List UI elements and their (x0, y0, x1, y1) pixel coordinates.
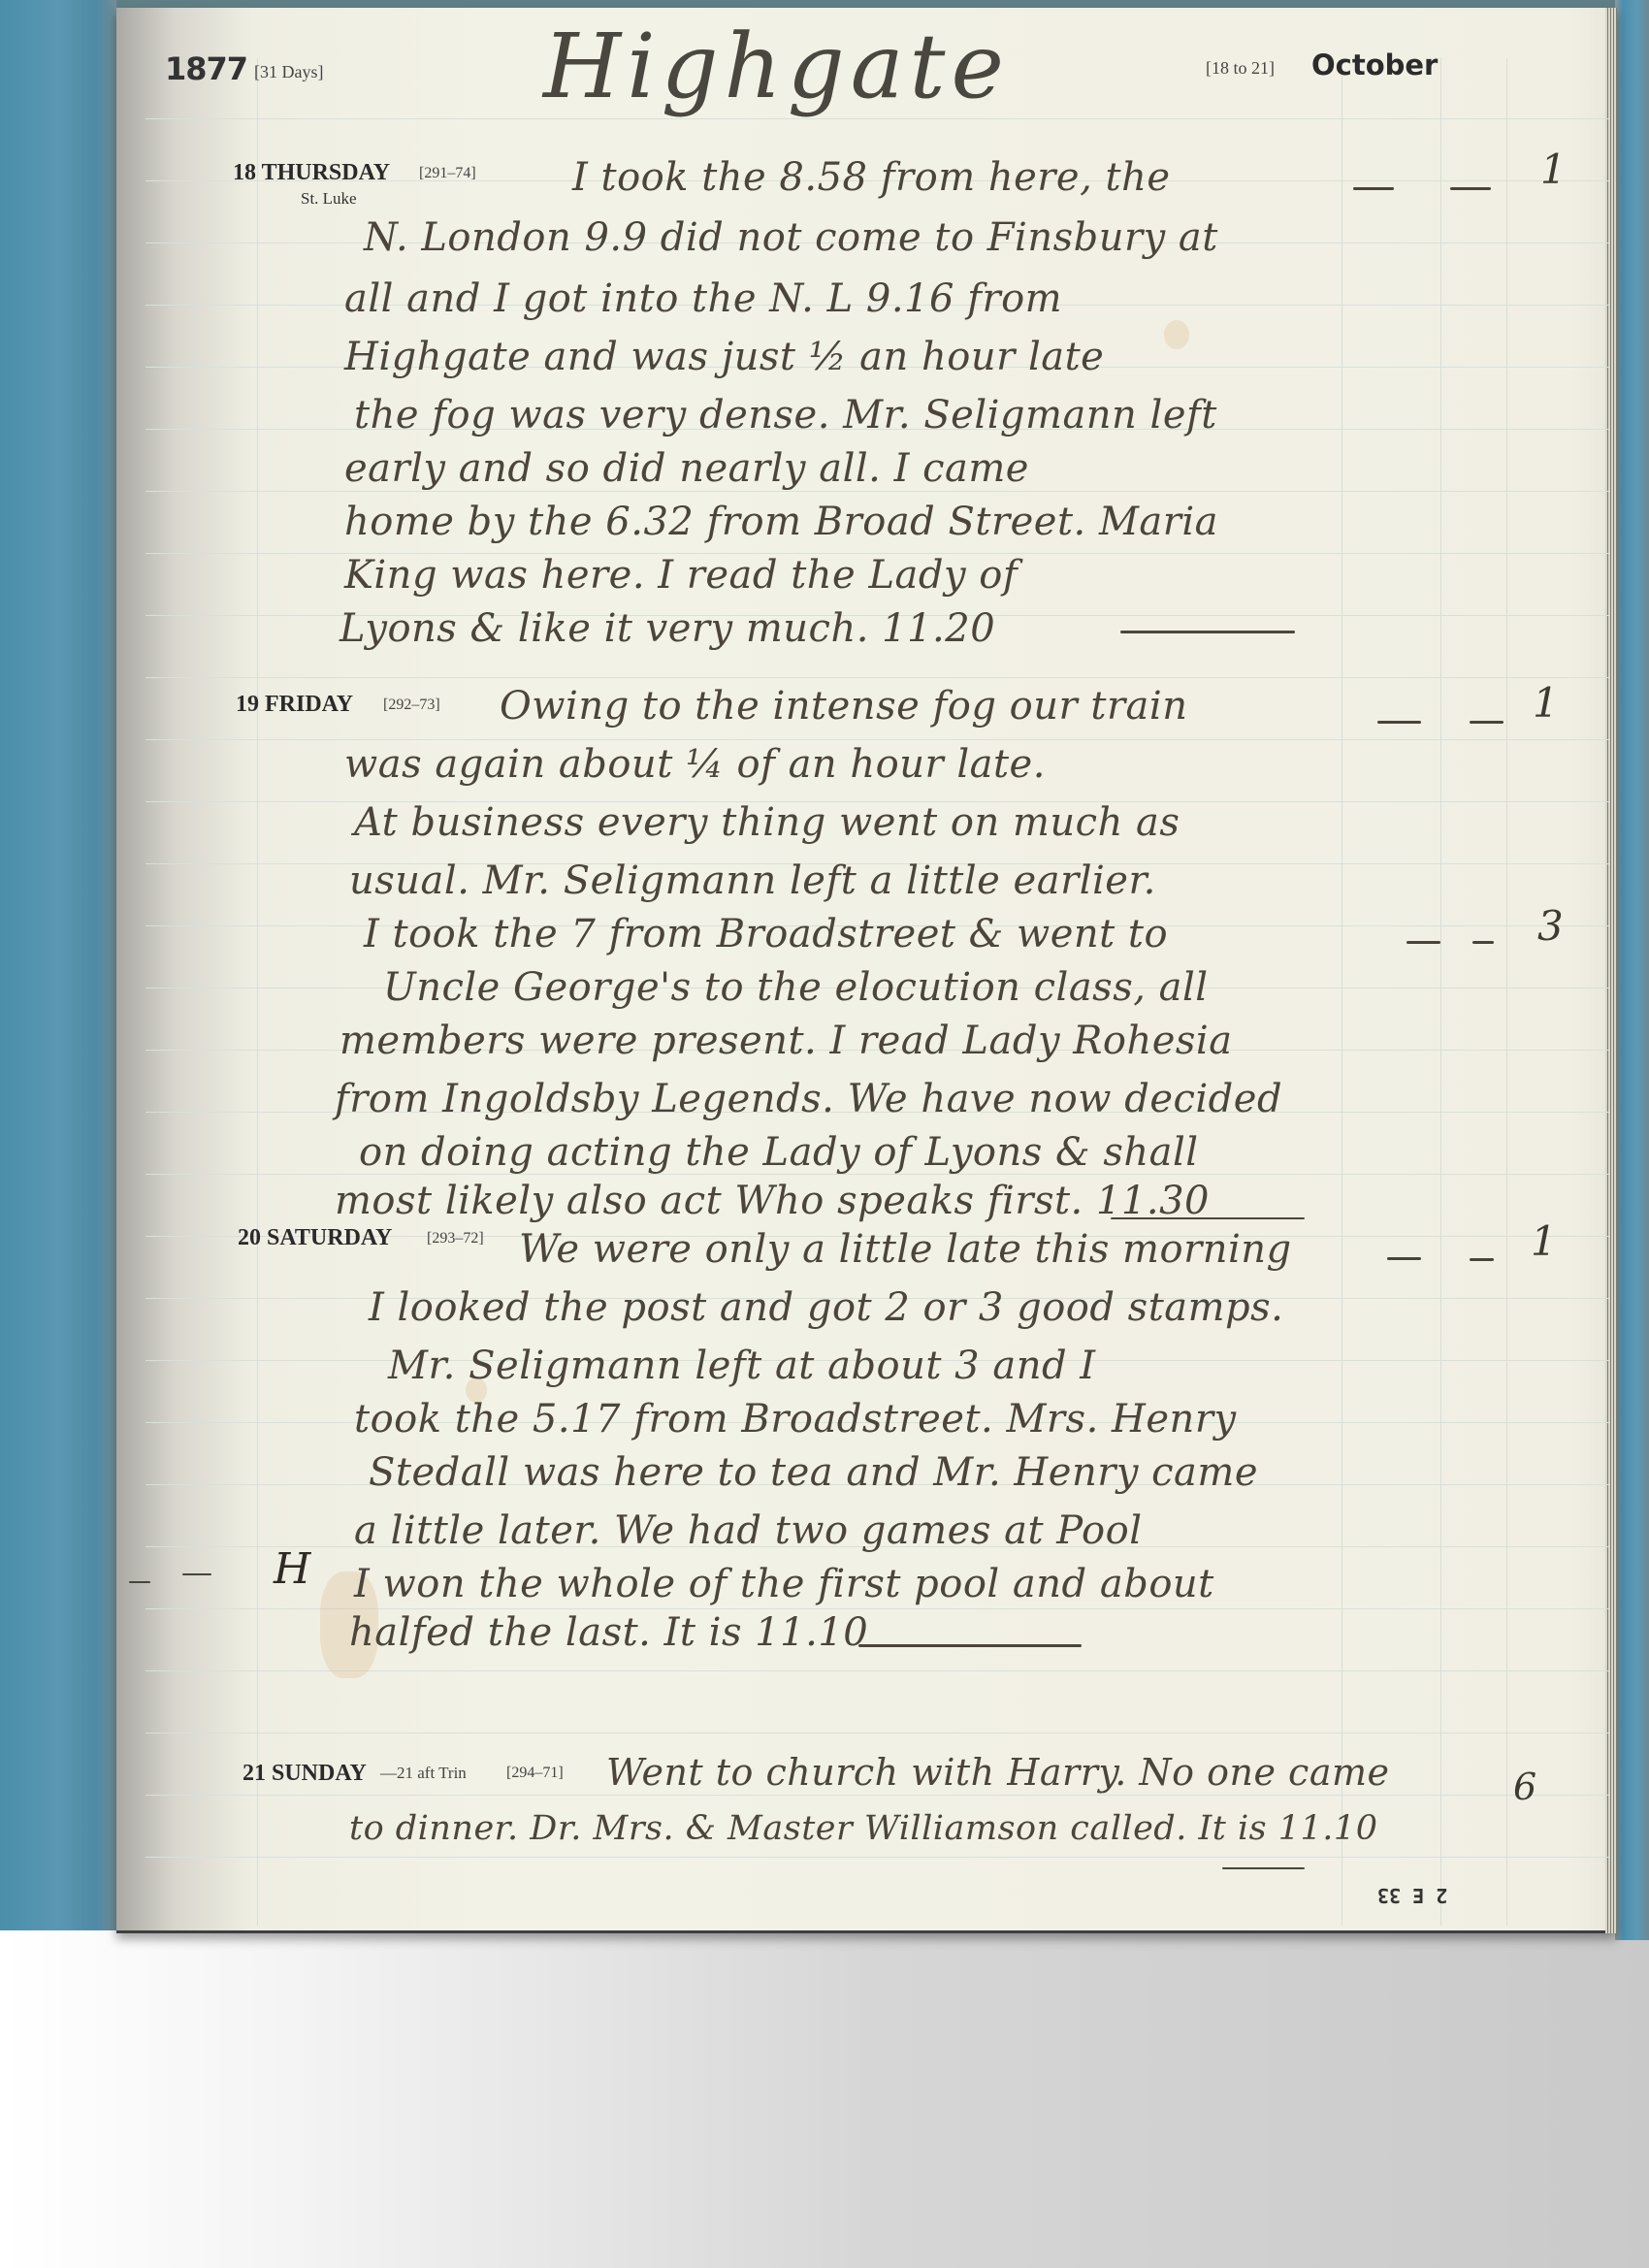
handwritten-line: At business every thing went on much as (354, 800, 1180, 845)
handwritten-line: Stedall was here to tea and Mr. Henry ca… (369, 1450, 1258, 1495)
header-month-days: [31 Days] (254, 62, 323, 82)
location-title-handwritten: Highgate (543, 15, 1010, 118)
money-pence: 1 (1531, 1217, 1557, 1265)
handwritten-line: to dinner. Dr. Mrs. & Master Williamson … (349, 1809, 1377, 1848)
day-suffix: —21 aft Trin (380, 1764, 467, 1783)
foxing-stain (1164, 320, 1189, 349)
handwritten-line: members were present. I read Lady Rohesi… (339, 1019, 1233, 1063)
money-shillings-dash (1470, 1258, 1494, 1261)
handwritten-line: a little later. We had two games at Pool (354, 1508, 1142, 1553)
money-pence: 3 (1537, 902, 1564, 950)
time-underline (1111, 1217, 1305, 1219)
day-count: [292–73] (383, 697, 440, 714)
handwritten-line: Highgate and was just ½ an hour late (344, 335, 1104, 379)
day-heading: 21 SUNDAY (242, 1761, 367, 1787)
money-shillings-dash (1472, 941, 1494, 944)
book-cover-right-edge (1615, 0, 1649, 1940)
money-shillings-dash (1450, 187, 1491, 190)
handwritten-line: usual. Mr. Seligmann left a little earli… (349, 859, 1156, 903)
handwritten-line: I won the whole of the first pool and ab… (354, 1562, 1214, 1606)
handwritten-line: King was here. I read the Lady of (344, 553, 1018, 598)
day-heading: 20 SATURDAY (238, 1225, 392, 1251)
day-count: [293–72] (427, 1230, 484, 1247)
saint-day: St. Luke (301, 189, 357, 209)
day-count: [294–71] (506, 1765, 564, 1782)
page-stack-edges (1605, 8, 1617, 1933)
money-pounds-dash (1406, 941, 1440, 944)
money-pence: 1 (1533, 679, 1559, 727)
handwritten-line: early and so did nearly all. I came (344, 446, 1029, 491)
money-pounds-dash (1387, 1257, 1421, 1260)
money-shillings-dash (1470, 721, 1503, 724)
handwritten-line: Went to church with Harry. No one came (606, 1751, 1390, 1794)
handwritten-line: took the 5.17 from Broadstreet. Mrs. Hen… (354, 1397, 1237, 1442)
handwritten-line: We were only a little late this morning (519, 1227, 1292, 1272)
handwritten-line: from Ingoldsby Legends. We have now deci… (335, 1077, 1282, 1121)
margin-dash (182, 1573, 211, 1575)
header-date-range: [18 to 21] (1206, 58, 1275, 79)
header-month: October (1311, 49, 1438, 81)
money-pounds-dash (1377, 721, 1421, 724)
handwritten-line: Owing to the intense fog our train (500, 684, 1187, 729)
handwritten-line: N. London 9.9 did not come to Finsbury a… (364, 215, 1218, 260)
handwritten-line: Uncle George's to the elocution class, a… (383, 965, 1209, 1010)
day-count: [291–74] (419, 165, 476, 182)
handwritten-line: I looked the post and got 2 or 3 good st… (369, 1285, 1283, 1330)
handwritten-line: most likely also act Who speaks first. 1… (335, 1179, 1210, 1223)
header-year: 1877 (165, 50, 247, 87)
money-pounds-dash (1353, 187, 1394, 190)
margin-dash (129, 1581, 150, 1583)
time-underline (1222, 1867, 1305, 1869)
handwritten-line: on doing acting the Lady of Lyons & shal… (359, 1130, 1199, 1175)
handwritten-line: I took the 7 from Broadstreet & went to (364, 912, 1168, 956)
day-heading: 19 FRIDAY (236, 692, 353, 718)
money-pence: 1 (1540, 146, 1567, 193)
day-heading: 18 THURSDAY (233, 160, 390, 186)
handwritten-line: all and I got into the N. L 9.16 from (344, 276, 1062, 321)
handwritten-line: Lyons & like it very much. 11.20 (339, 606, 995, 651)
printer-signature-mark: 2 E 33 (1377, 1884, 1447, 1907)
handwritten-line: the fog was very dense. Mr. Seligmann le… (354, 393, 1217, 437)
time-underline (1120, 631, 1295, 633)
handwritten-line: was again about ¼ of an hour late. (344, 742, 1046, 787)
time-underline (858, 1644, 1082, 1647)
book-spine-cover (0, 0, 126, 1930)
handwritten-line: Mr. Seligmann left at about 3 and I (388, 1344, 1096, 1388)
handwritten-line: I took the 8.58 from here, the (572, 155, 1171, 200)
money-pence: 6 (1513, 1766, 1536, 1808)
margin-symbol-h: H (274, 1544, 311, 1594)
handwritten-line: home by the 6.32 from Broad Street. Mari… (344, 500, 1218, 544)
handwritten-line: halfed the last. It is 11.10 (349, 1610, 868, 1655)
